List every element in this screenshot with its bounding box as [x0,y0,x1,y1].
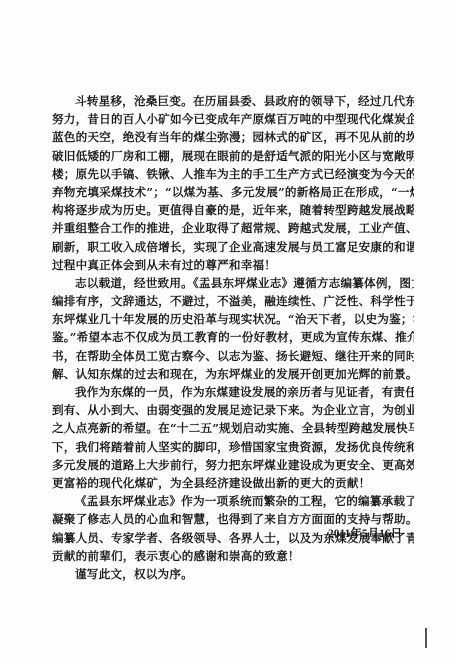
text-line: 多元发展的道路上大步前行，努力把东坪煤业建设成为更安全、更高效、更和谐、更文明、 [52,456,414,474]
text-line: 书，在帮助全体员工览古察今、以志为鉴、扬长避短、继往开来的同时，也使更多的人了 [52,347,414,365]
text-line: 东坪煤业几十年发展的历史沿革与现实状况。“治天下者，以史为鉴；治郡国者，以志为 [52,310,414,328]
text-line: 《盂县东坪煤业志》作为一项系统而繁杂的工程，它的编纂承载了众多的关注与期望， [52,492,414,510]
text-line: 刷新，职工收入成倍增长，实现了企业高速发展与员工富足安康的和谐统一，东煤人在创业 [52,238,414,256]
text-line: 志以载道，经世致用。《盂县东坪煤业志》遵循方志编纂体例，图文并茂，详略得当， [52,274,414,292]
text-line: 之人点亮新的希望。在“十二五”规划启动实施、全县转型跨越发展快马加鞭的大好形势 [52,419,414,437]
page-edge-mark [425,628,427,648]
text-line: 到有、从小到大、由弱变强的发展足迹记录下来。为企业立言，为创业者树碑，为勇敢智慧 [52,401,414,419]
text-line: 下，我们将踏着前人坚实的脚印，珍惜国家宝贵资源，发扬优良传统和作风，在以煤为基、 [52,438,414,456]
text-line: 斗转星移，沧桑巨变。在历届县委、县政府的领导下，经过几代东煤人艰苦卓绝的不懈 [52,92,414,110]
text-line: 努力，昔日的百人小矿如今已变成年产原煤百万吨的中型现代化煤炭企业。今天的东煤，蔚 [52,110,414,128]
text-line: 楼；原先以手镐、铁锹、人推车为主的手工生产方式已经演变为今天的“综合机械化固体废 [52,165,414,183]
text-line: 我作为东煤的一员，作为东煤建设发展的亲历者与见证者，有责任、有义务把企业从无 [52,383,414,401]
text-line: 构将逐步成为历史。更值得自豪的是，近年来，随着转型跨越发展战略的实施和煤炭企业兼 [52,201,414,219]
text-line: 解、认知东煤的过去和现在，为东坪煤业的发展开创更加光辉的前景。 [52,365,414,383]
text-line: 破旧低矮的厂房和工棚，展现在眼前的是舒适气派的阳光小区与宽敞明亮的现代化办公大 [52,147,414,165]
preface-body: 斗转星移，沧桑巨变。在历届县委、县政府的领导下，经过几代东煤人艰苦卓绝的不懈 努… [52,92,414,583]
text-line: 鉴。”希望本志不仅成为员工教育的一份好教材，更成为宣传东煤、推介东煤的一部资料 [52,328,414,346]
text-line: 并重组整合工作的推进，企业取得了超常规、跨越式发展，工业产值、实现利税等指标不断 [52,219,414,237]
text-line: 过程中真正体会到从未有过的尊严和幸福！ [52,256,414,274]
signature-date: 2011年5月16日 [328,525,402,541]
text-line: 蓝色的天空，绝没有当年的煤尘弥漫；园林式的矿区，再不见从前的坎坷泥泞；没有了往日 [52,128,414,146]
text-line: 编排有序，文辞通达，不避过，不溢美，融连续性、广泛性、科学性于一体，真实地再现了 [52,292,414,310]
text-line: 弃物充填采煤技术”；“以煤为基、多元发展”的新格局正在形成，“一煤独秀”的单一结 [52,183,414,201]
text-line: 贡献的前辈们，表示衷心的感谢和崇高的致意！ [52,547,414,565]
text-line: 谨写此文，权以为序。 [52,565,414,583]
document-page: 斗转星移，沧桑巨变。在历届县委、县政府的领导下，经过几代东煤人艰苦卓绝的不懈 努… [0,0,450,657]
text-line: 更富裕的现代化煤矿，为全县经济建设做出新的更大的贡献！ [52,474,414,492]
